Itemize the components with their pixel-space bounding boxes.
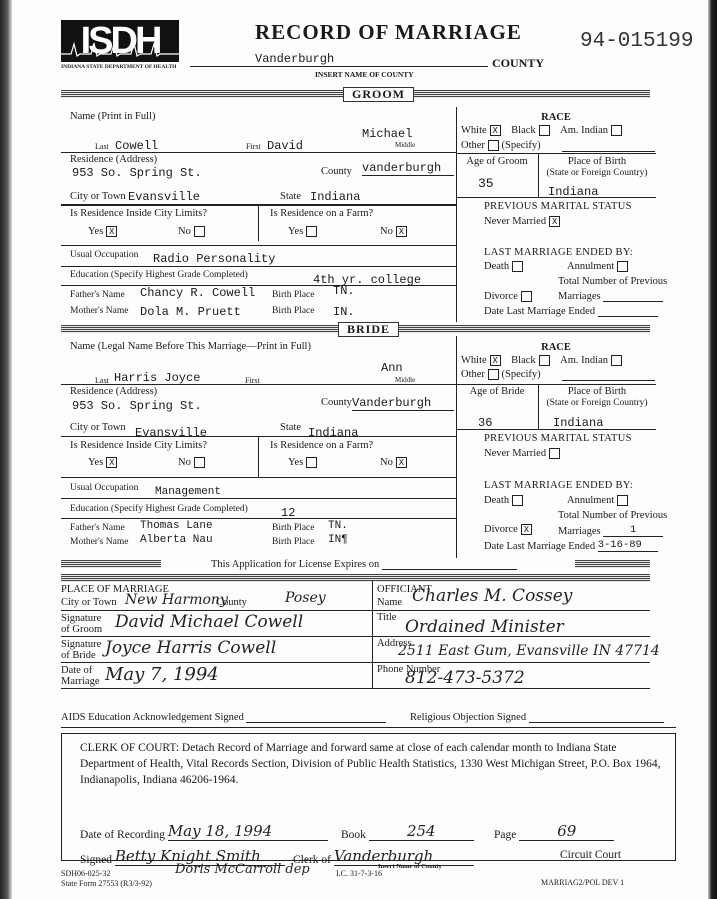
groom-mother-birth-label: Birth Place bbox=[272, 306, 314, 316]
death-label: Death bbox=[484, 261, 509, 272]
bride-education-label: Education (Specify Highest Grade Complet… bbox=[70, 504, 248, 514]
groom-last-name[interactable]: Cowell bbox=[115, 139, 158, 153]
groom-birthplace-label: Place of Birth bbox=[538, 156, 656, 167]
race-black-label: Black bbox=[511, 125, 536, 136]
scan-edge-left bbox=[0, 0, 12, 899]
bride-father-birth-place[interactable]: TN. bbox=[328, 520, 348, 532]
bride-city[interactable]: Evansville bbox=[135, 426, 207, 440]
form-code: SDH06-025-32 bbox=[61, 869, 152, 879]
bride-race-amindian-checkbox[interactable] bbox=[611, 355, 622, 366]
groom-father-name[interactable]: Chancy R. Cowell bbox=[140, 286, 255, 300]
groom-sig-label-2: of Groom bbox=[61, 624, 102, 635]
groom-mother-name[interactable]: Dola M. Pruett bbox=[140, 305, 241, 319]
bride-never-married-checkbox[interactable] bbox=[549, 448, 560, 459]
groom-father-birth-label: Birth Place bbox=[272, 290, 314, 300]
groom-mother-birth-place[interactable]: IN. bbox=[333, 305, 355, 319]
divorce-label: Divorce bbox=[484, 524, 518, 535]
race-white-label: White bbox=[461, 125, 487, 136]
groom-residence[interactable]: 953 So. Spring St. bbox=[72, 166, 202, 180]
yes-label: Yes bbox=[288, 226, 303, 237]
bride-name-label: Name (Legal Name Before This Marriage—Pr… bbox=[70, 341, 311, 352]
bride-occupation[interactable]: Management bbox=[155, 486, 221, 498]
bride-city-limits-no-checkbox[interactable] bbox=[194, 457, 205, 468]
groom-last-label: Last bbox=[95, 142, 109, 151]
bride-city-label: City or Town bbox=[70, 422, 126, 433]
scan-edge-right bbox=[708, 0, 717, 899]
bride-divorce-checkbox[interactable]: X bbox=[521, 524, 532, 535]
groom-race-black-checkbox[interactable] bbox=[539, 125, 550, 136]
marriages-label: Marriages bbox=[558, 526, 601, 537]
circuit-court-label: Circuit Court bbox=[560, 849, 621, 861]
groom-education-label: Education (Specify Highest Grade Complet… bbox=[70, 270, 248, 280]
record-number: 94-015199 bbox=[580, 30, 693, 53]
bride-race-black-checkbox[interactable] bbox=[539, 355, 550, 366]
groom-state-label: State bbox=[280, 191, 301, 202]
groom-city-limits-label: Is Residence Inside City Limits? bbox=[70, 208, 207, 219]
county-value: Vanderburgh bbox=[255, 52, 334, 66]
bride-date-last-ended[interactable]: 3-16-89 bbox=[598, 539, 658, 552]
bride-race-label: RACE bbox=[456, 342, 656, 353]
groom-city[interactable]: Evansville bbox=[128, 190, 200, 204]
aids-ack-field[interactable] bbox=[246, 722, 386, 723]
clerk-of-caption: Insert Name of County bbox=[378, 863, 442, 870]
bride-sig-label: Signature bbox=[61, 639, 101, 650]
race-specify-label: (Specify) bbox=[502, 140, 541, 151]
page-label: Page bbox=[494, 829, 516, 841]
race-black-label: Black bbox=[511, 355, 536, 366]
bride-county-label: County bbox=[321, 397, 352, 408]
bride-birthplace[interactable]: Indiana bbox=[553, 416, 603, 430]
bride-city-limits-yes-checkbox[interactable]: X bbox=[106, 457, 117, 468]
death-label: Death bbox=[484, 495, 509, 506]
groom-city-label: City or Town bbox=[70, 191, 126, 202]
bride-county[interactable]: Vanderburgh bbox=[352, 396, 454, 411]
groom-farm-yes-checkbox[interactable] bbox=[306, 226, 317, 237]
no-label: No bbox=[178, 457, 191, 468]
groom-father-label: Father's Name bbox=[70, 290, 125, 300]
recording-date[interactable]: May 18, 1994 bbox=[168, 822, 328, 841]
groom-race-white-checkbox[interactable]: X bbox=[490, 125, 501, 136]
recording-date-label: Date of Recording bbox=[80, 829, 165, 841]
groom-father-birth-place[interactable]: TN. bbox=[333, 284, 355, 298]
book-label: Book bbox=[341, 829, 366, 841]
bride-city-limits-label: Is Residence Inside City Limits? bbox=[70, 440, 207, 451]
no-label: No bbox=[380, 457, 393, 468]
place-county[interactable]: Posey bbox=[285, 590, 326, 606]
groom-date-last-ended[interactable] bbox=[598, 316, 658, 317]
book-number[interactable]: 254 bbox=[369, 822, 474, 841]
bride-mother-birth-place[interactable]: IN¶ bbox=[328, 534, 348, 546]
bride-residence[interactable]: 953 So. Spring St. bbox=[72, 399, 202, 413]
officiant-name[interactable]: Charles M. Cossey bbox=[412, 586, 572, 606]
bride-farm-label: Is Residence on a Farm? bbox=[270, 440, 373, 451]
bride-last-name[interactable]: Harris Joyce bbox=[114, 371, 200, 385]
bride-sig-label-2: of Bride bbox=[61, 650, 101, 661]
date-of-marriage-label-2: Marriage bbox=[61, 676, 99, 687]
groom-age[interactable]: 35 bbox=[478, 176, 494, 191]
race-other-label: Other bbox=[461, 369, 485, 380]
religious-objection-label: Religious Objection Signed bbox=[410, 712, 526, 723]
bride-father-label: Father's Name bbox=[70, 523, 125, 533]
groom-first-name[interactable]: David bbox=[267, 139, 303, 153]
bride-last-ended-label: LAST MARRIAGE ENDED BY: bbox=[484, 480, 633, 491]
officiant-address[interactable]: 2511 East Gum, Evansville IN 47714 bbox=[398, 643, 660, 659]
bride-occupation-label: Usual Occupation bbox=[70, 483, 138, 493]
groom-sig-label: Signature bbox=[61, 613, 102, 624]
bride-age[interactable]: 36 bbox=[478, 416, 492, 430]
groom-race-amindian-checkbox[interactable] bbox=[611, 125, 622, 136]
groom-first-label: First bbox=[246, 142, 261, 151]
groom-race-other-checkbox[interactable] bbox=[488, 140, 499, 151]
bride-farm-yes-checkbox[interactable] bbox=[306, 457, 317, 468]
bride-prev-status-label: PREVIOUS MARITAL STATUS bbox=[484, 433, 632, 444]
date-of-marriage[interactable]: May 7, 1994 bbox=[105, 664, 219, 685]
bride-father-name[interactable]: Thomas Lane bbox=[140, 520, 213, 532]
bride-total-prev-label: Total Number of Previous bbox=[558, 510, 667, 521]
bride-mother-label: Mother's Name bbox=[70, 537, 128, 547]
officiant-phone[interactable]: 812-473-5372 bbox=[405, 668, 525, 688]
aids-ack-label: AIDS Education Acknowledgement Signed bbox=[61, 712, 244, 723]
form-dev-code: MARRIAG2/POL DEV 1 bbox=[541, 878, 624, 887]
groom-marriages-count[interactable] bbox=[603, 301, 663, 302]
groom-total-prev-label: Total Number of Previous bbox=[558, 276, 667, 287]
bride-middle-name[interactable]: Ann bbox=[381, 361, 403, 375]
place-city[interactable]: New Harmony bbox=[125, 592, 228, 608]
groom-annulment-checkbox[interactable] bbox=[617, 261, 628, 272]
marriages-label: Marriages bbox=[558, 291, 601, 302]
bride-birthplace-sub: (State or Foreign Country) bbox=[538, 398, 656, 408]
groom-city-limits-no-checkbox[interactable] bbox=[194, 226, 205, 237]
deputy-signature[interactable]: Doris McCarroll dep bbox=[175, 862, 310, 877]
signed-label: Signed bbox=[80, 854, 112, 866]
bride-signature[interactable]: Joyce Harris Cowell bbox=[105, 638, 276, 658]
bride-annulment-checkbox[interactable] bbox=[617, 495, 628, 506]
groom-signature[interactable]: David Michael Cowell bbox=[115, 612, 303, 632]
race-specify-label: (Specify) bbox=[502, 369, 541, 380]
page-number[interactable]: 69 bbox=[519, 822, 614, 841]
groom-section-label: GROOM bbox=[343, 87, 414, 102]
groom-prev-status-label: PREVIOUS MARITAL STATUS bbox=[484, 201, 632, 212]
annulment-label: Annulment bbox=[567, 495, 614, 506]
date-last-label: Date Last Marriage Ended bbox=[484, 306, 595, 317]
groom-death-checkbox[interactable] bbox=[512, 261, 523, 272]
state-form-number: State Form 27553 (R3/3-92) bbox=[61, 879, 152, 889]
bride-residence-label: Residence (Address) bbox=[70, 386, 157, 397]
annulment-label: Annulment bbox=[567, 261, 614, 272]
groom-last-ended-label: LAST MARRIAGE ENDED BY: bbox=[484, 247, 633, 258]
page-title: RECORD OF MARRIAGE bbox=[255, 20, 522, 45]
bride-age-label: Age of Bride bbox=[456, 386, 538, 397]
groom-race-label: RACE bbox=[456, 112, 656, 123]
indiana-code-ref: I.C. 31-7-3-16 bbox=[336, 869, 382, 878]
religious-objection-field[interactable] bbox=[529, 722, 664, 723]
groom-never-married-checkbox[interactable]: X bbox=[549, 216, 560, 227]
county-caption: INSERT NAME OF COUNTY bbox=[315, 70, 414, 79]
groom-age-label: Age of Groom bbox=[456, 156, 538, 167]
groom-mother-label: Mother's Name bbox=[70, 306, 128, 316]
race-amindian-label: Am. Indian bbox=[560, 125, 608, 136]
heartbeat-icon bbox=[61, 40, 179, 60]
groom-county-label: County bbox=[321, 166, 352, 177]
groom-farm-label: Is Residence on a Farm? bbox=[270, 208, 373, 219]
officiant-title-value[interactable]: Ordained Minister bbox=[405, 617, 564, 637]
officiant-name-label: Name bbox=[377, 597, 402, 608]
no-label: No bbox=[178, 226, 191, 237]
clerk-instructions: CLERK OF COURT: Detach Record of Marriag… bbox=[80, 740, 665, 788]
yes-label: Yes bbox=[88, 457, 103, 468]
race-white-label: White bbox=[461, 355, 487, 366]
bride-mother-birth-label: Birth Place bbox=[272, 537, 314, 547]
groom-county[interactable]: vanderburgh bbox=[362, 161, 454, 176]
groom-birthplace-sub: (State or Foreign Country) bbox=[538, 168, 656, 178]
officiant-title-label: Title bbox=[377, 612, 396, 623]
bride-mother-name[interactable]: Alberta Nau bbox=[140, 534, 213, 546]
yes-label: Yes bbox=[88, 226, 103, 237]
bride-race-other-checkbox[interactable] bbox=[488, 369, 499, 380]
bride-father-birth-label: Birth Place bbox=[272, 523, 314, 533]
isdh-logo: ISDH INDIANA STATE DEPARTMENT OF HEALTH bbox=[61, 20, 179, 72]
groom-divorce-checkbox[interactable] bbox=[521, 291, 532, 302]
groom-middle-label: Middle bbox=[395, 141, 415, 149]
clerk-of-label: Clerk of bbox=[293, 854, 331, 866]
bride-birthplace-label: Place of Birth bbox=[538, 386, 656, 397]
bride-farm-no-checkbox[interactable]: X bbox=[396, 457, 407, 468]
bride-marriages-count[interactable]: 1 bbox=[603, 524, 663, 537]
groom-residence-label: Residence (Address) bbox=[70, 154, 157, 165]
bride-middle-label: Middle bbox=[395, 376, 415, 384]
yes-label: Yes bbox=[288, 457, 303, 468]
bride-state-label: State bbox=[280, 422, 301, 433]
bride-section-label: BRIDE bbox=[338, 322, 399, 337]
bride-death-checkbox[interactable] bbox=[512, 495, 523, 506]
no-label: No bbox=[380, 226, 393, 237]
groom-state[interactable]: Indiana bbox=[310, 190, 360, 204]
date-last-label: Date Last Marriage Ended bbox=[484, 541, 595, 552]
county-label: COUNTY bbox=[492, 56, 544, 71]
logo-caption: INDIANA STATE DEPARTMENT OF HEALTH bbox=[61, 64, 179, 70]
bride-race-white-checkbox[interactable]: X bbox=[490, 355, 501, 366]
place-city-label: City or Town bbox=[61, 597, 117, 608]
divorce-label: Divorce bbox=[484, 291, 518, 302]
groom-farm-no-checkbox[interactable]: X bbox=[396, 226, 407, 237]
license-expires-label: This Application for License Expires on bbox=[211, 559, 379, 570]
groom-occupation-label: Usual Occupation bbox=[70, 250, 138, 260]
groom-name-label: Name (Print in Full) bbox=[70, 111, 155, 122]
bride-state[interactable]: Indiana bbox=[308, 426, 358, 440]
race-other-label: Other bbox=[461, 140, 485, 151]
date-of-marriage-label: Date of bbox=[61, 665, 99, 676]
groom-middle-name[interactable]: Michael bbox=[362, 127, 412, 141]
groom-city-limits-yes-checkbox[interactable]: X bbox=[106, 226, 117, 237]
race-amindian-label: Am. Indian bbox=[560, 355, 608, 366]
never-married-label: Never Married bbox=[484, 216, 546, 227]
never-married-label: Never Married bbox=[484, 448, 546, 459]
groom-occupation[interactable]: Radio Personality bbox=[153, 252, 275, 266]
place-county-label: County bbox=[216, 597, 247, 608]
license-expires-value[interactable] bbox=[382, 569, 517, 570]
